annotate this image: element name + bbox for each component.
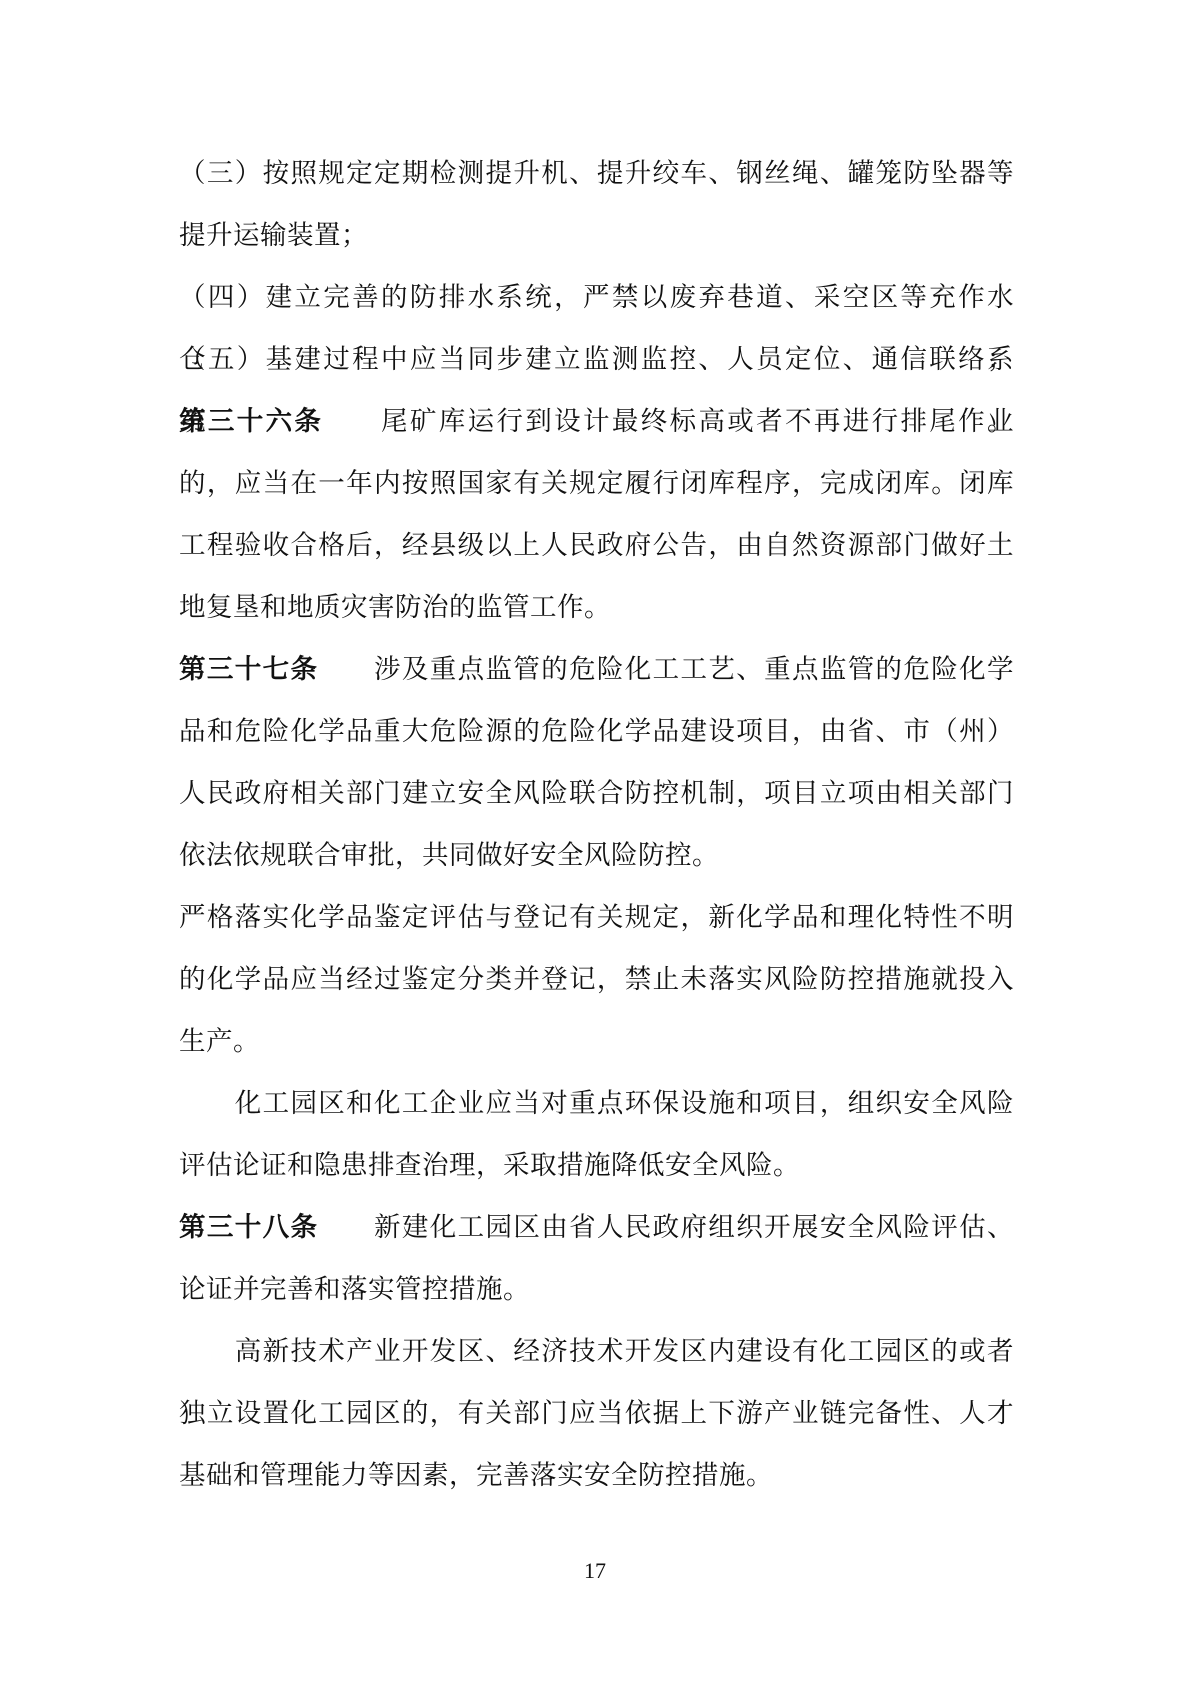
text-line: 的，应当在一年内按照国家有关规定履行闭库程序，完成闭库。闭库 xyxy=(179,452,1014,514)
text-line-article-38: 第三十八条 新建化工园区由省人民政府组织开展安全风险评估、 xyxy=(179,1196,1014,1258)
line-text: 涉及重点监管的危险化工工艺、重点监管的危险化学 xyxy=(318,654,1014,684)
text-line: 品和危险化学品重大危险源的危险化学品建设项目，由省、市（州） xyxy=(179,700,1014,762)
line-text: 的，应当在一年内按照国家有关规定履行闭库程序，完成闭库。闭库 xyxy=(179,468,1014,498)
article-number-label: 第三十七条 xyxy=(179,654,318,684)
line-text: 人民政府相关部门建立安全风险联合防控机制，项目立项由相关部门 xyxy=(179,778,1014,808)
line-text: 新建化工园区由省人民政府组织开展安全风险评估、 xyxy=(318,1212,1014,1242)
line-text: 地复垦和地质灾害防治的监管工作。 xyxy=(179,592,611,622)
text-line: 严格落实化学品鉴定评估与登记有关规定，新化学品和理化特性不明 xyxy=(179,886,1014,948)
line-text: 高新技术产业开发区、经济技术开发区内建设有化工园区的或者 xyxy=(179,1336,1014,1366)
line-text: 基础和管理能力等因素，完善落实安全防控措施。 xyxy=(179,1460,773,1490)
text-line-article-37: 第三十七条 涉及重点监管的危险化工工艺、重点监管的危险化学 xyxy=(179,638,1014,700)
line-text: 评估论证和隐患排查治理，采取措施降低安全风险。 xyxy=(179,1150,800,1180)
text-line: 化工园区和化工企业应当对重点环保设施和项目，组织安全风险 xyxy=(179,1072,1014,1134)
text-line: 生产。 xyxy=(179,1010,1014,1072)
text-line: 依法依规联合审批，共同做好安全风险防控。 xyxy=(179,824,1014,886)
line-text: 品和危险化学品重大危险源的危险化学品建设项目，由省、市（州） xyxy=(179,716,1014,746)
line-text: 依法依规联合审批，共同做好安全风险防控。 xyxy=(179,840,719,870)
article-number-label: 第三十八条 xyxy=(179,1212,318,1242)
document-page: （三）按照规定定期检测提升机、提升绞车、钢丝绳、罐笼防坠器等 提升运输装置； （… xyxy=(0,0,1190,1683)
text-line: 评估论证和隐患排查治理，采取措施降低安全风险。 xyxy=(179,1134,1014,1196)
text-line: 论证并完善和落实管控措施。 xyxy=(179,1258,1014,1320)
text-line: 提升运输装置； xyxy=(179,204,1014,266)
line-text: 提升运输装置； xyxy=(179,220,368,250)
line-text: 独立设置化工园区的，有关部门应当依据上下游产业链完备性、人才 xyxy=(179,1398,1014,1428)
text-line: 工程验收合格后，经县级以上人民政府公告，由自然资源部门做好土 xyxy=(179,514,1014,576)
line-text: （三）按照规定定期检测提升机、提升绞车、钢丝绳、罐笼防坠器等 xyxy=(179,158,1014,188)
text-line: 高新技术产业开发区、经济技术开发区内建设有化工园区的或者 xyxy=(179,1320,1014,1382)
text-line: （四）建立完善的防排水系统，严禁以废弃巷道、采空区等充作水仓； xyxy=(179,266,1014,328)
text-line: 的化学品应当经过鉴定分类并登记，禁止未落实风险防控措施就投入 xyxy=(179,948,1014,1010)
text-line: 基础和管理能力等因素，完善落实安全防控措施。 xyxy=(179,1444,1014,1506)
line-text: 生产。 xyxy=(179,1026,260,1056)
text-line: 人民政府相关部门建立安全风险联合防控机制，项目立项由相关部门 xyxy=(179,762,1014,824)
line-text: 的化学品应当经过鉴定分类并登记，禁止未落实风险防控措施就投入 xyxy=(179,964,1014,994)
article-number-label: 第三十六条 xyxy=(179,406,323,436)
text-line-article-36: 第三十六条 尾矿库运行到设计最终标高或者不再进行排尾作业 xyxy=(179,390,1014,452)
text-line: （三）按照规定定期检测提升机、提升绞车、钢丝绳、罐笼防坠器等 xyxy=(179,142,1014,204)
line-text: 尾矿库运行到设计最终标高或者不再进行排尾作业 xyxy=(323,406,1014,436)
text-line: 独立设置化工园区的，有关部门应当依据上下游产业链完备性、人才 xyxy=(179,1382,1014,1444)
page-number: 17 xyxy=(0,1558,1190,1584)
document-body: （三）按照规定定期检测提升机、提升绞车、钢丝绳、罐笼防坠器等 提升运输装置； （… xyxy=(179,142,1014,1506)
line-text: 论证并完善和落实管控措施。 xyxy=(179,1274,530,1304)
text-line: （五）基建过程中应当同步建立监测监控、人员定位、通信联络系统。 xyxy=(179,328,1014,390)
text-line: 地复垦和地质灾害防治的监管工作。 xyxy=(179,576,1014,638)
line-text: 严格落实化学品鉴定评估与登记有关规定，新化学品和理化特性不明 xyxy=(179,902,1014,932)
line-text: 化工园区和化工企业应当对重点环保设施和项目，组织安全风险 xyxy=(179,1088,1014,1118)
line-text: 工程验收合格后，经县级以上人民政府公告，由自然资源部门做好土 xyxy=(179,530,1014,560)
